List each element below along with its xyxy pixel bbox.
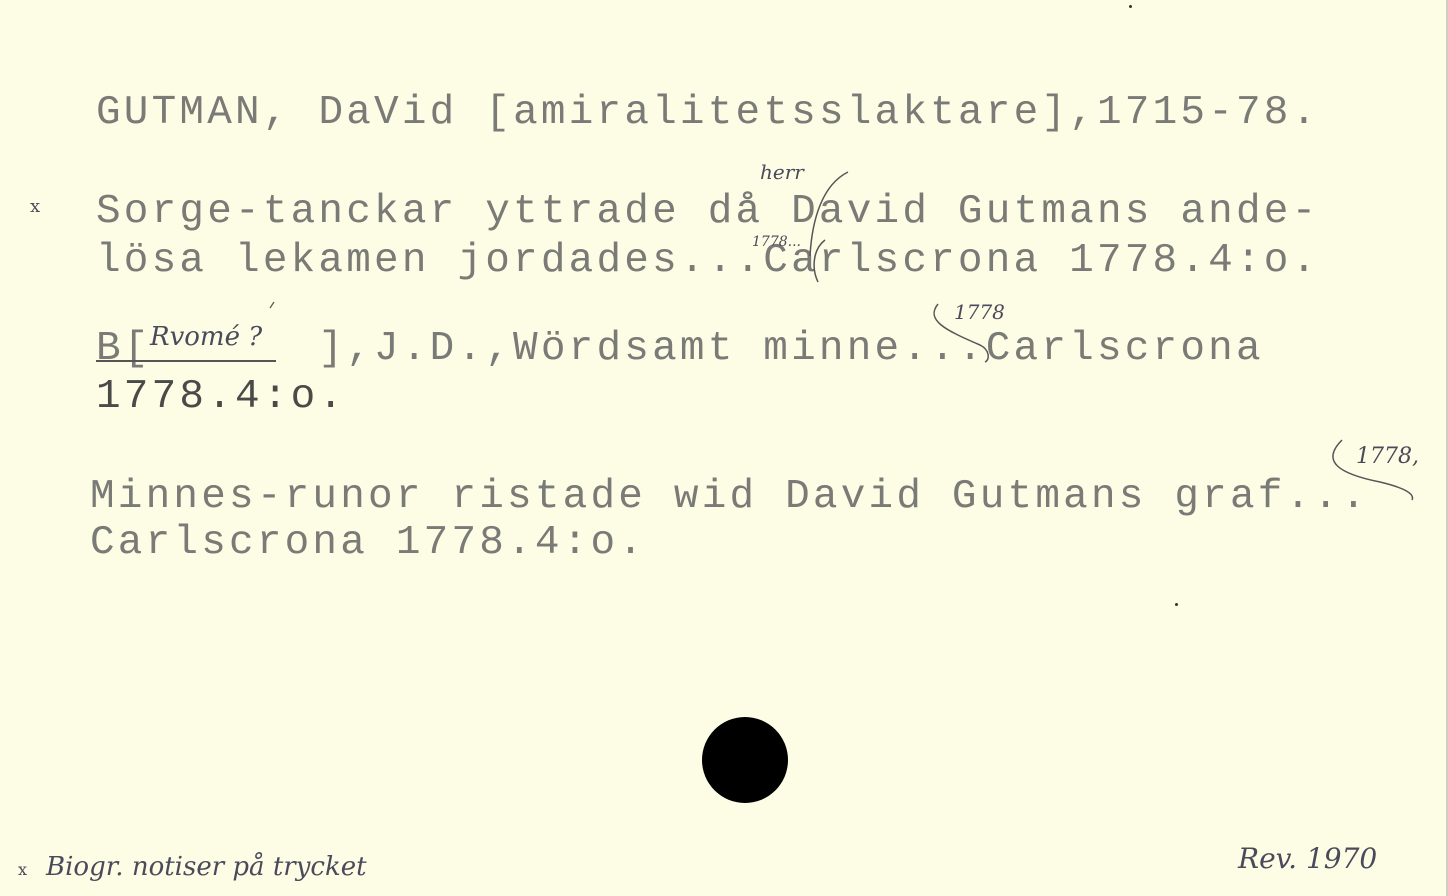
speck — [1129, 5, 1132, 8]
footer-revision-note: Rev. 1970 — [1238, 842, 1377, 875]
card-heading: GUTMAN, DaVid [amiralitetsslaktare],1715… — [96, 90, 1319, 136]
entry-2-annotation-author: Rvomé ? — [150, 322, 262, 352]
punch-hole — [702, 717, 788, 803]
heading-surname: GUTMAN, — [96, 90, 291, 136]
heading-occupation: [amiralitetsslaktare],1715-78. — [485, 90, 1319, 136]
entry-1-line-2: lösa lekamen jordades...Carlscrona 1778.… — [96, 238, 1319, 284]
catalog-card: GUTMAN, DaVid [amiralitetsslaktare],1715… — [0, 0, 1448, 896]
entry-3-line-1: Minnes-runor ristade wid David Gutmans g… — [90, 474, 1369, 520]
entry-2-annotation-year: 1778 — [954, 300, 1005, 324]
footer-left-note: Biogr. notiser på trycket — [46, 852, 367, 882]
entry-2-line-1: B[ ],J.D.,Wördsamt minne...Carlscrona — [96, 326, 1264, 372]
footer-marker: x — [18, 860, 27, 879]
entry-3-annotation-year: 1778, — [1356, 444, 1419, 469]
heading-given-name: DaVid — [318, 90, 457, 136]
entry-1-annotation-year: 1778... — [752, 234, 801, 250]
entry-1-marker: x — [30, 196, 40, 217]
entry-3-line-2: Carlscrona 1778.4:o. — [90, 520, 646, 566]
entry-2-underline — [96, 360, 276, 362]
entry-1-annotation-herr: herr — [760, 160, 804, 184]
entry-1-line-1: Sorge-tanckar yttrade då David Gutmans a… — [96, 189, 1319, 235]
speck — [1175, 603, 1178, 606]
entry-2-line-2: 1778.4:o. — [96, 374, 346, 420]
